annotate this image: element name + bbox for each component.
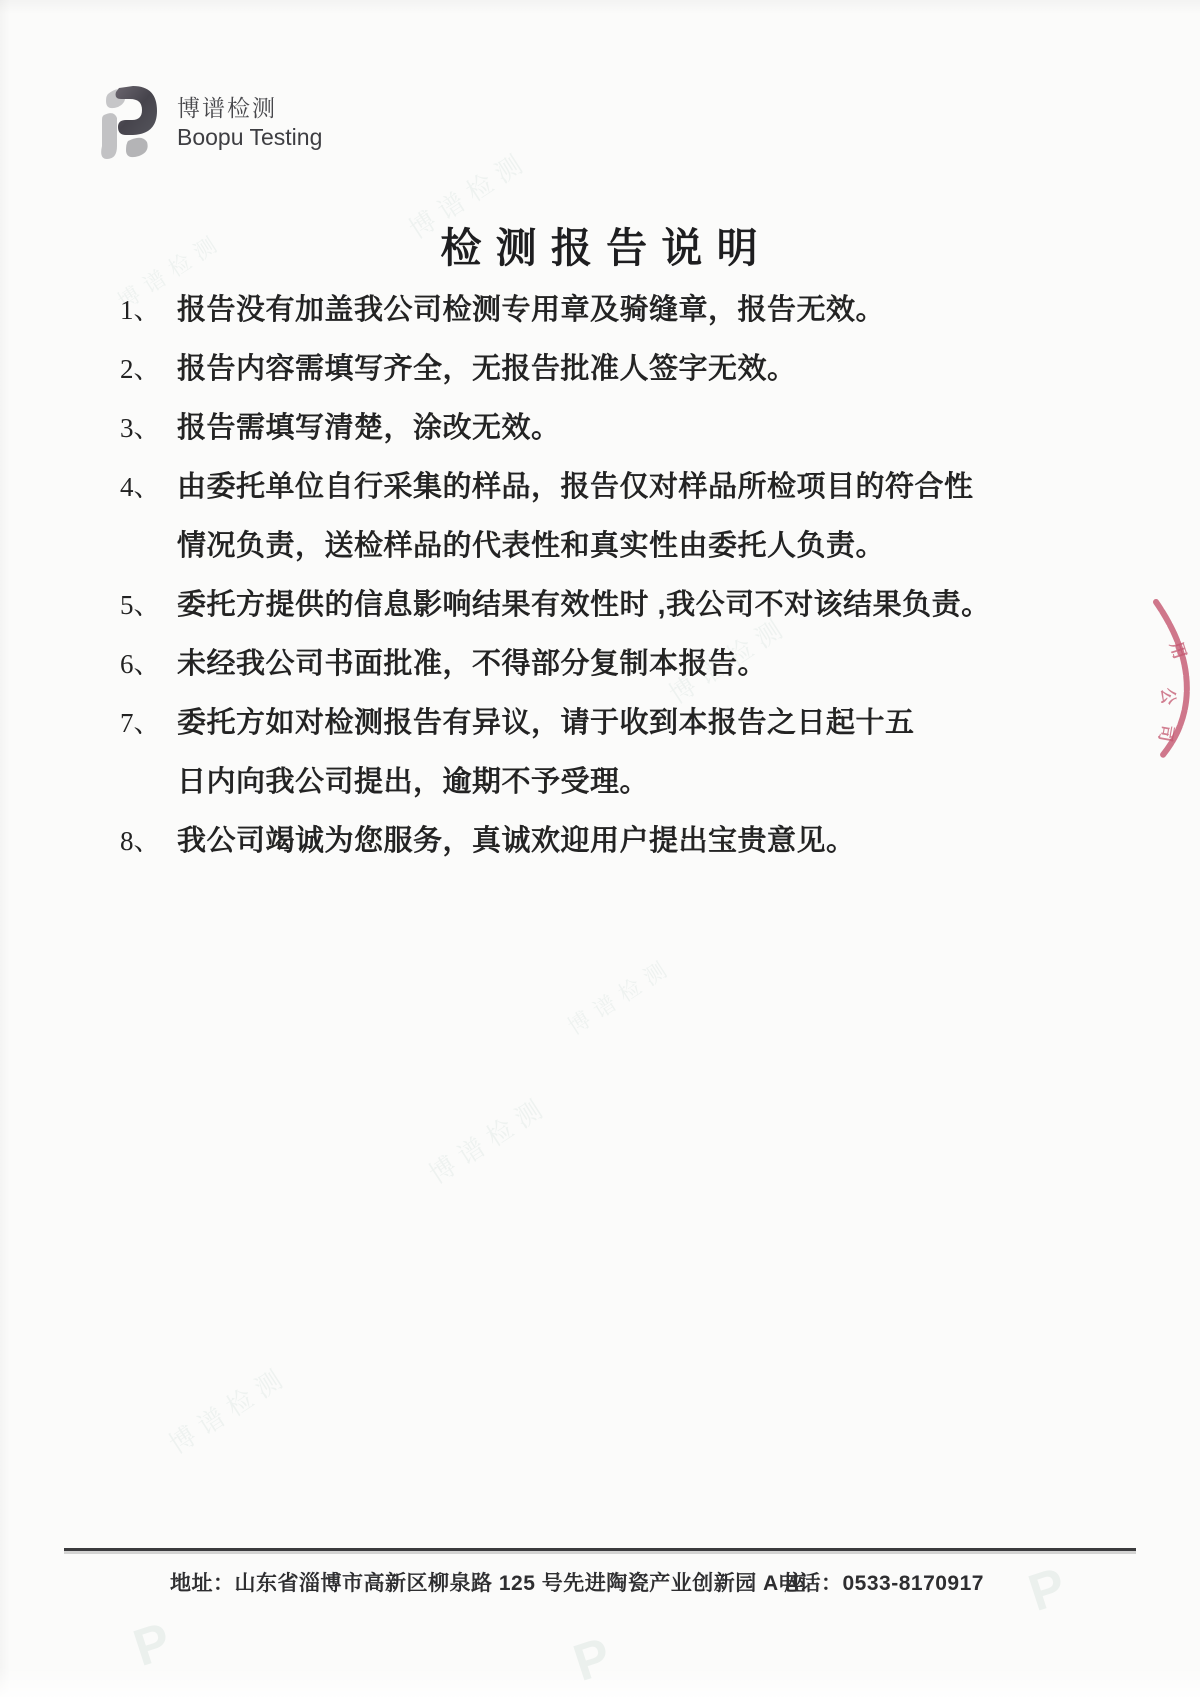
header: 博谱检测 Boopu Testing bbox=[95, 84, 322, 162]
note-item: 2、 报告内容需填写齐全，无报告批准人签字无效。 bbox=[120, 340, 1004, 399]
seal-char: 用 bbox=[1166, 639, 1189, 661]
note-text: 委托方如对检测报告有异议，请于收到本报告之日起十五 日内向我公司提出，逾期不予受… bbox=[177, 694, 1004, 812]
note-text: 未经我公司书面批准，不得部分复制本报告。 bbox=[177, 635, 1004, 694]
note-number: 6、 bbox=[120, 635, 177, 694]
brand-text: 博谱检测 Boopu Testing bbox=[177, 84, 322, 152]
note-number: 8、 bbox=[120, 812, 177, 871]
watermark-text: 博谱检测 bbox=[561, 950, 679, 1041]
note-item: 7、 委托方如对检测报告有异议，请于收到本报告之日起十五 日内向我公司提出，逾期… bbox=[120, 694, 1004, 812]
note-number: 7、 bbox=[120, 694, 177, 753]
seal-char: 司 bbox=[1155, 723, 1177, 743]
page-title: 检 测 报 告 说 明 bbox=[0, 215, 1200, 274]
note-item: 5、 委托方提供的信息影响结果有效性时 ,我公司不对该结果负责。 bbox=[120, 576, 1004, 635]
notes-list: 1、 报告没有加盖我公司检测专用章及骑缝章，报告无效。 2、 报告内容需填写齐全… bbox=[120, 281, 1004, 871]
note-item: 8、 我公司竭诚为您服务，真诚欢迎用户提出宝贵意见。 bbox=[120, 812, 1004, 871]
boopu-logo-icon bbox=[95, 84, 161, 162]
watermark-text: 博谱检测 bbox=[421, 1086, 555, 1191]
note-text: 由委托单位自行采集的样品，报告仅对样品所检项目的符合性 情况负责，送检样品的代表… bbox=[177, 458, 1004, 576]
footer-divider bbox=[64, 1548, 1136, 1551]
note-number: 4、 bbox=[120, 458, 177, 517]
footer-address: 地址：山东省淄博市高新区柳泉路 125 号先进陶瓷产业创新园 A 座 bbox=[170, 1567, 806, 1597]
note-text: 报告没有加盖我公司检测专用章及骑缝章，报告无效。 bbox=[177, 281, 1004, 340]
note-text: 委托方提供的信息影响结果有效性时 ,我公司不对该结果负责。 bbox=[177, 576, 1004, 635]
note-text: 报告内容需填写齐全，无报告批准人签字无效。 bbox=[177, 340, 1004, 399]
watermark-text: 博谱检测 bbox=[161, 1356, 295, 1461]
seal-char: 公 bbox=[1158, 687, 1178, 705]
note-number: 1、 bbox=[120, 281, 177, 340]
note-item: 3、 报告需填写清楚，涂改无效。 bbox=[120, 399, 1004, 458]
report-notes-page: 博谱检测 博谱检测 博谱检测 博谱检测 博谱检测 博谱检测 P P P bbox=[0, 0, 1200, 1697]
footer-phone: 电话：0533-8170917 bbox=[778, 1567, 984, 1597]
note-item: 6、 未经我公司书面批准，不得部分复制本报告。 bbox=[120, 635, 1004, 694]
brand-name-cn: 博谱检测 bbox=[177, 94, 322, 123]
note-number: 5、 bbox=[120, 576, 177, 635]
note-number: 2、 bbox=[120, 340, 177, 399]
note-text: 报告需填写清楚，涂改无效。 bbox=[177, 399, 1004, 458]
note-text: 我公司竭诚为您服务，真诚欢迎用户提出宝贵意见。 bbox=[177, 812, 1004, 871]
note-item: 4、 由委托单位自行采集的样品，报告仅对样品所检项目的符合性 情况负责，送检样品… bbox=[120, 458, 1004, 576]
watermark-logo-glyph: P bbox=[127, 1611, 179, 1679]
brand-name-en: Boopu Testing bbox=[177, 123, 322, 152]
watermark-logo-glyph: P bbox=[1022, 1556, 1074, 1624]
watermark-logo-glyph: P bbox=[567, 1626, 619, 1694]
note-item: 1、 报告没有加盖我公司检测专用章及骑缝章，报告无效。 bbox=[120, 281, 1004, 340]
note-number: 3、 bbox=[120, 399, 177, 458]
cross-page-seal-stamp: 用 公 司 bbox=[1148, 592, 1200, 764]
